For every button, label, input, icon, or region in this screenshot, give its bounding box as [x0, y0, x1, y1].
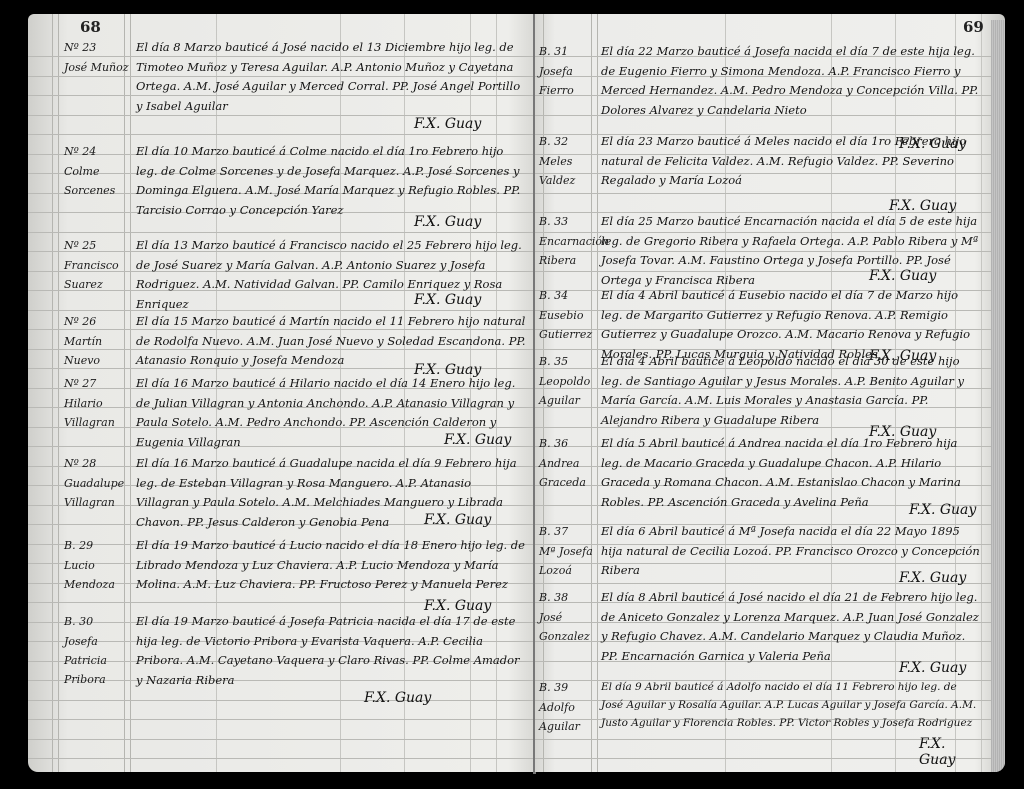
entry-margin-name: Martín Nuevo	[64, 332, 134, 370]
entry-margin-name: Eusebio Gutierrez	[539, 306, 597, 344]
page-number-left: 68	[80, 18, 101, 36]
priest-signature: F.X. Guay	[869, 268, 936, 284]
entry-number: Nº 24	[64, 142, 134, 161]
priest-signature: F.X. Guay	[364, 690, 431, 706]
ledger-rule	[535, 193, 1005, 194]
register-entry: B. 29 Lucio Mendoza El día 19 Marzo baut…	[64, 536, 524, 616]
entry-number: B. 35	[539, 352, 597, 371]
register-entry: B. 30 Josefa Patricia Pribora El día 19 …	[64, 612, 524, 712]
entry-margin-name: Colme Sorcenes	[64, 162, 134, 200]
priest-signature: F.X. Guay	[899, 570, 966, 586]
entry-number: B. 37	[539, 522, 597, 541]
priest-signature: F.X. Guay	[414, 292, 481, 308]
entry-text: El día 19 Marzo bauticé á Lucio nacido e…	[136, 536, 526, 595]
entry-margin-name: Lucio Mendoza	[64, 556, 134, 594]
entry-text: El día 9 Abril bauticé á Adolfo nacido e…	[601, 678, 981, 732]
entry-number: B. 32	[539, 132, 597, 151]
entry-margin-name: Josefa Fierro	[539, 62, 597, 100]
entry-margin-name: Josefa Patricia Pribora	[64, 632, 134, 689]
entry-number: B. 39	[539, 678, 597, 697]
ledger-rule	[28, 232, 533, 233]
entry-number: B. 29	[64, 536, 134, 555]
ledger-rule	[28, 758, 533, 759]
entry-text: El día 8 Abril bauticé á José nacido el …	[601, 588, 981, 666]
entry-number: Nº 27	[64, 374, 134, 393]
register-entry: Nº 25 Francisco Suarez El día 13 Marzo b…	[64, 236, 524, 316]
entry-margin-name: Andrea Graceda	[539, 454, 597, 492]
priest-signature: F.X. Guay	[414, 214, 481, 230]
entry-margin-name: Adolfo Aguilar	[539, 698, 597, 736]
page-edges	[991, 20, 1005, 772]
entry-text: El día 22 Marzo bauticé á Josefa nacida …	[601, 42, 981, 120]
entry-text: El día 4 Abril bauticé á Leopoldo nacido…	[601, 352, 981, 430]
register-entry: Nº 23 José Muñoz El día 8 Marzo bauticé …	[64, 38, 524, 118]
entry-text: El día 5 Abril bauticé á Andrea nacida e…	[601, 434, 981, 512]
entry-number: Nº 28	[64, 454, 134, 473]
ledger-rule	[28, 739, 533, 740]
register-entry: Nº 26 Martín Nuevo El día 15 Marzo bauti…	[64, 312, 524, 382]
entry-text: El día 23 Marzo bauticé á Meles nacido e…	[601, 132, 981, 191]
register-entry: Nº 24 Colme Sorcenes El día 10 Marzo bau…	[64, 142, 524, 222]
entry-number: B. 31	[539, 42, 597, 61]
entry-number: B. 30	[64, 612, 134, 631]
priest-signature: F.X. Guay	[444, 432, 511, 448]
entry-margin-name: Guadalupe Villagran	[64, 474, 134, 512]
left-page: 68 Nº 23 José Muñoz El día 8 Marzo bauti…	[28, 14, 533, 772]
entry-margin-name: Francisco Suarez	[64, 256, 134, 294]
entry-margin-name: José Gonzalez	[539, 608, 597, 646]
entry-margin-name: Hilario Villagran	[64, 394, 134, 432]
entry-margin-name: Meles Valdez	[539, 152, 597, 190]
page-number-right: 69	[963, 18, 984, 36]
entry-number: B. 36	[539, 434, 597, 453]
entry-number: Nº 23	[64, 38, 134, 57]
entry-number: Nº 25	[64, 236, 134, 255]
priest-signature: F.X. Guay	[899, 660, 966, 676]
right-page: 69 B. 31 Josefa Fierro El día 22 Marzo b…	[535, 14, 1005, 772]
entry-number: Nº 26	[64, 312, 134, 331]
priest-signature: F.X. Guay	[414, 116, 481, 132]
ledger-rule	[28, 719, 533, 720]
register-entry: Nº 27 Hilario Villagran El día 16 Marzo …	[64, 374, 524, 454]
entry-number: B. 34	[539, 286, 597, 305]
ledger-rule	[28, 134, 533, 135]
entry-margin-name: José Muñoz	[64, 58, 134, 77]
priest-signature: F.X. Guay	[424, 512, 491, 528]
entry-margin-name: Leopoldo Aguilar	[539, 372, 597, 410]
entry-text: El día 8 Marzo bauticé á José nacido el …	[136, 38, 526, 116]
entry-text: El día 19 Marzo bauticé á Josefa Patrici…	[136, 612, 526, 690]
entry-margin-name: Encarnación Ribera	[539, 232, 597, 270]
entry-number: B. 38	[539, 588, 597, 607]
priest-signature: F.X. Guay	[919, 736, 979, 768]
register-entry: Nº 28 Guadalupe Villagran El día 16 Marz…	[64, 454, 524, 534]
entry-text: El día 10 Marzo bauticé á Colme nacido e…	[136, 142, 526, 220]
entry-number: B. 33	[539, 212, 597, 231]
priest-signature: F.X. Guay	[909, 502, 976, 518]
entry-margin-name: Mª Josefa Lozoá	[539, 542, 597, 580]
open-register-book: 68 Nº 23 José Muñoz El día 8 Marzo bauti…	[18, 14, 1016, 776]
